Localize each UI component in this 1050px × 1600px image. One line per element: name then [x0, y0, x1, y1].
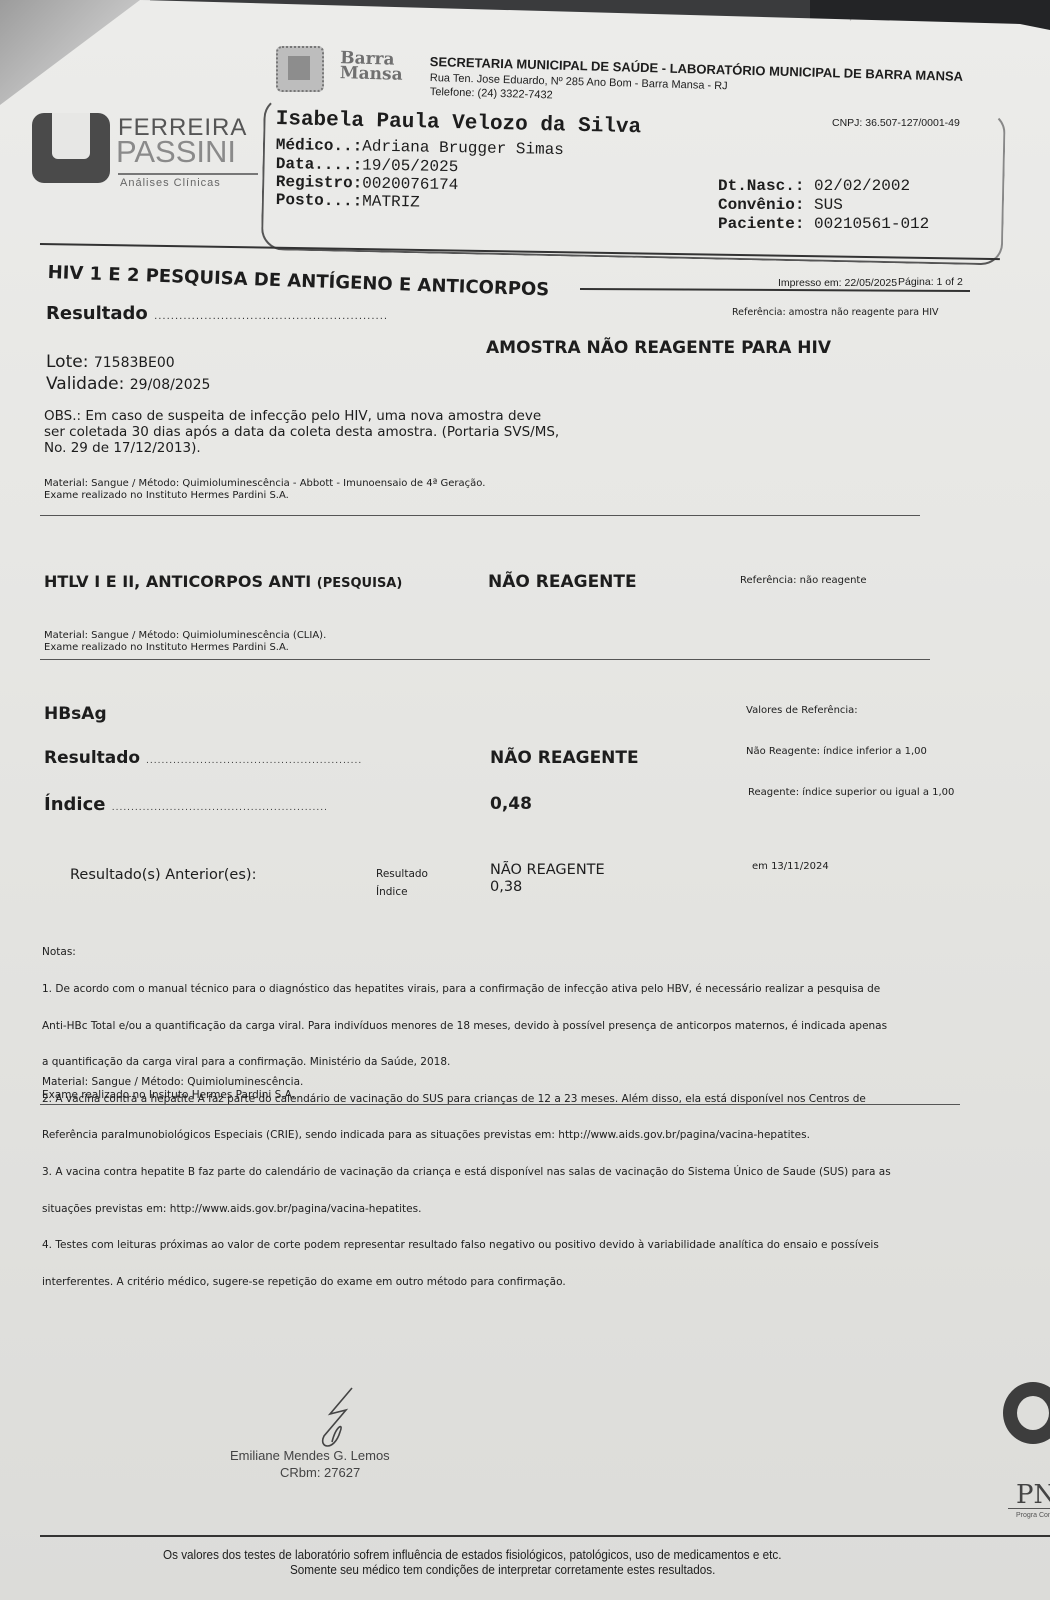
hbsag-reference-title: Valores de Referência:	[746, 705, 858, 716]
hbsag-material: Material: Sangue / Método: Quimiolumines…	[42, 1076, 303, 1088]
collection-date: 19/05/2025	[362, 157, 458, 177]
htlv-result: NÃO REAGENTE	[488, 572, 637, 592]
signatory-crbm: CRbm: 27627	[280, 1465, 360, 1480]
previous-result-date: em 13/11/2024	[752, 861, 829, 872]
hbsag-ref-non-reactive: Não Reagente: índice inferior a 1,00	[746, 746, 927, 757]
birth-date: 02/02/2002	[814, 177, 910, 195]
htlv-divider	[40, 659, 930, 660]
hbsag-index: 0,48	[490, 794, 532, 814]
city-name: Barra Mansa	[340, 51, 404, 83]
insurance-row: Convênio: SUS	[718, 196, 843, 214]
signature-mark-icon	[310, 1386, 370, 1456]
hiv-reference: Referência: amostra não reagente para HI…	[732, 307, 939, 318]
hbsag-lab: Exame realizado no Insituto Hermes Pardi…	[42, 1089, 295, 1101]
htlv-exam-title: HTLV I E II, ANTICORPOS ANTI (PESQUISA)	[44, 572, 402, 591]
htlv-lab: Exame realizado no Instituto Hermes Pard…	[44, 642, 289, 654]
birth-date-row: Dt.Nasc.: 02/02/2002	[718, 177, 910, 195]
patient-id: 00210561-012	[814, 215, 929, 233]
hiv-material: Material: Sangue / Método: Quimiolumines…	[44, 478, 485, 490]
lab-logo-line2: PASSINI	[116, 134, 236, 170]
hbsag-notes: Notas: 1. De acordo com o manual técnico…	[42, 922, 891, 1313]
station-row: Posto...:MATRIZ	[276, 191, 420, 212]
hiv-observation: OBS.: Em caso de suspeita de infecção pe…	[44, 408, 564, 456]
lot-number: 71583BE00	[94, 355, 175, 371]
lab-report-page: ↗ Barra Mansa SECRETARIA MUNICIPAL DE SA…	[0, 0, 1050, 1600]
quality-seal-text: PN	[1016, 1480, 1050, 1510]
patient-id-row: Paciente: 00210561-012	[718, 215, 929, 233]
quality-seal-subtitle: Progra Contro	[1016, 1512, 1050, 1520]
expiry-date: 29/08/2025	[130, 377, 211, 393]
city-crest-logo	[276, 46, 324, 92]
lab-logo-subtitle: Análises Clínicas	[120, 177, 221, 189]
hbsag-result: NÃO REAGENTE	[490, 748, 639, 768]
hiv-divider	[40, 515, 920, 516]
print-info-divider	[580, 288, 970, 292]
expiry-row: Validade: 29/08/2025	[46, 374, 210, 394]
quality-seal-icon	[1003, 1382, 1050, 1444]
printed-date: Impresso em: 22/05/2025	[778, 277, 897, 289]
htlv-material: Material: Sangue / Método: Quimiolumines…	[44, 630, 326, 642]
hbsag-divider	[40, 1104, 960, 1105]
hiv-result-label: Resultado ..............................…	[46, 303, 388, 324]
previous-index: 0,38	[490, 879, 522, 895]
lot-row: Lote: 71583BE00	[46, 352, 175, 372]
previous-result: NÃO REAGENTE	[490, 862, 605, 878]
previous-result-label: Resultado	[376, 868, 428, 880]
hbsag-result-label: Resultado ..............................…	[44, 748, 362, 768]
hbsag-index-label: Índice .................................…	[44, 794, 328, 815]
registry-number: 0020076174	[362, 175, 458, 195]
footer-disclaimer-line2: Somente seu médico tem condições de inte…	[290, 1562, 715, 1577]
logo-divider	[118, 173, 258, 175]
previous-index-label: Índice	[376, 886, 408, 898]
seal-divider	[1008, 1508, 1050, 1509]
hbsag-ref-reactive: Reagente: índice superior ou igual a 1,0…	[748, 787, 954, 798]
page-number: Página: 1 of 2	[898, 276, 963, 288]
footer-disclaimer-line1: Os valores dos testes de laboratório sof…	[163, 1547, 781, 1562]
hbsag-exam-title: HBsAg	[44, 704, 107, 724]
flask-logo-icon	[32, 113, 110, 183]
station-name: MATRIZ	[362, 193, 420, 212]
previous-results-label: Resultado(s) Anterior(es):	[70, 867, 256, 883]
htlv-reference: Referência: não reagente	[740, 575, 867, 586]
doctor-name: Adriana Brugger Simas	[362, 138, 564, 160]
footer-divider	[40, 1535, 1050, 1537]
hiv-result: AMOSTRA NÃO REAGENTE PARA HIV	[486, 338, 831, 358]
hiv-exam-title: HIV 1 E 2 PESQUISA DE ANTÍGENO E ANTICOR…	[47, 262, 549, 301]
signatory-name: Emiliane Mendes G. Lemos	[230, 1448, 390, 1463]
insurance: SUS	[814, 196, 843, 214]
hiv-lab: Exame realizado no Instituto Hermes Pard…	[44, 490, 289, 502]
